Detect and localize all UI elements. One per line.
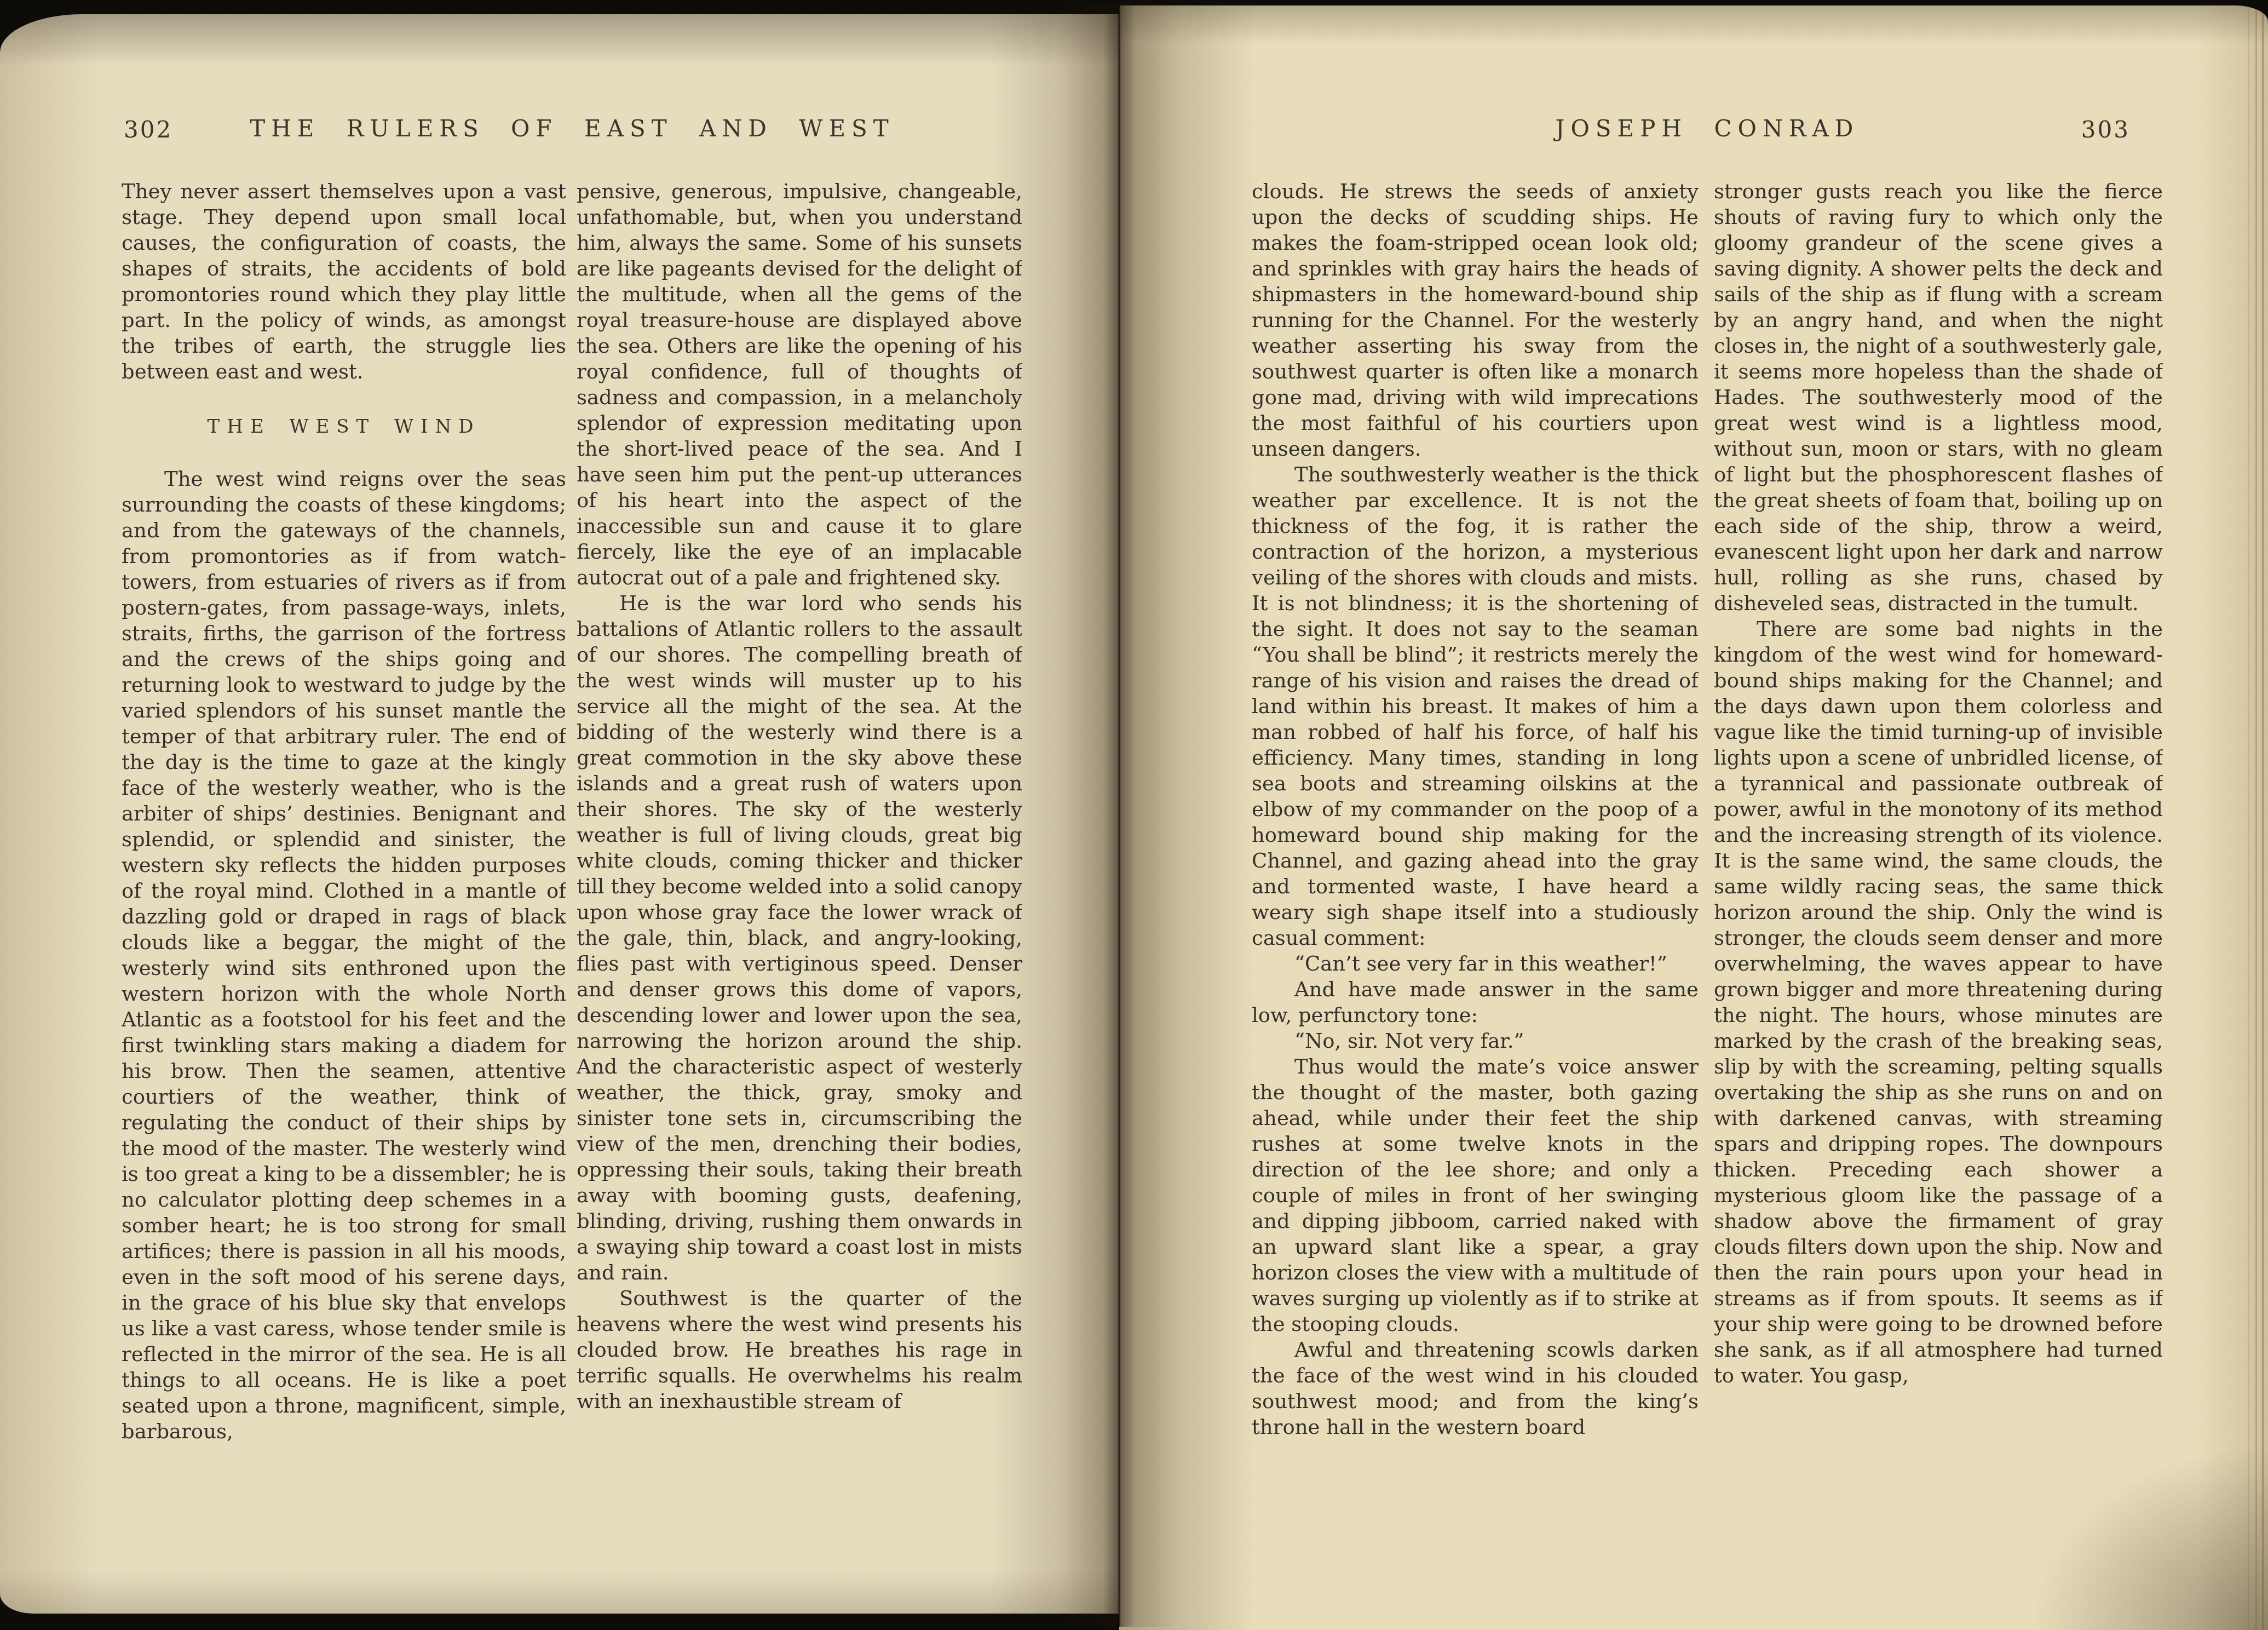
paragraph: The southwesterly weather is the thick w… [1252,462,1699,951]
section-heading: THE WEST WIND [122,414,566,440]
paragraph: clouds. He strews the seeds of anxiety u… [1252,179,1699,462]
paragraph: And have made answer in the same low, pe… [1252,977,1699,1028]
right-page-column-2: stronger gusts reach you like the fierce… [1714,179,2163,1506]
page-edge-line [2248,5,2249,1630]
right-page-number: 303 [1993,116,2130,143]
paragraph: “No, sir. Not very far.” [1252,1028,1699,1054]
paragraph: He is the war lord who sends his battali… [577,590,1022,1285]
left-running-title: THE RULERS OF EAST AND WEST [122,115,1023,142]
left-page-column-1: They never assert themselves upon a vast… [122,179,566,1506]
page-edge-line [2262,5,2264,1630]
book-spread: 302 THE RULERS OF EAST AND WEST JOSEPH C… [0,0,2268,1630]
paragraph: There are some bad nights in the kingdom… [1714,616,2163,1388]
paragraph: They never assert themselves upon a vast… [122,179,566,384]
page-edge-line [2255,5,2257,1630]
paragraph: “Can’t see very far in this weather!” [1252,951,1699,977]
left-page-column-2: pensive, generous, impulsive, changeable… [577,179,1022,1506]
paragraph: Thus would the mate’s voice answer the t… [1252,1054,1699,1337]
paragraph: Awful and threatening scowls darken the … [1252,1337,1699,1440]
paragraph: pensive, generous, impulsive, changeable… [577,179,1022,590]
left-page-inner-edge [1089,14,1119,1614]
page-edge-stack [2237,5,2268,1630]
paragraph: Southwest is the quarter of the heavens … [577,1285,1022,1414]
right-page-column-1: clouds. He strews the seeds of anxiety u… [1252,179,1699,1506]
paragraph: The west wind reigns over the seas surro… [122,466,566,1444]
paragraph: stronger gusts reach you like the fierce… [1714,179,2163,616]
